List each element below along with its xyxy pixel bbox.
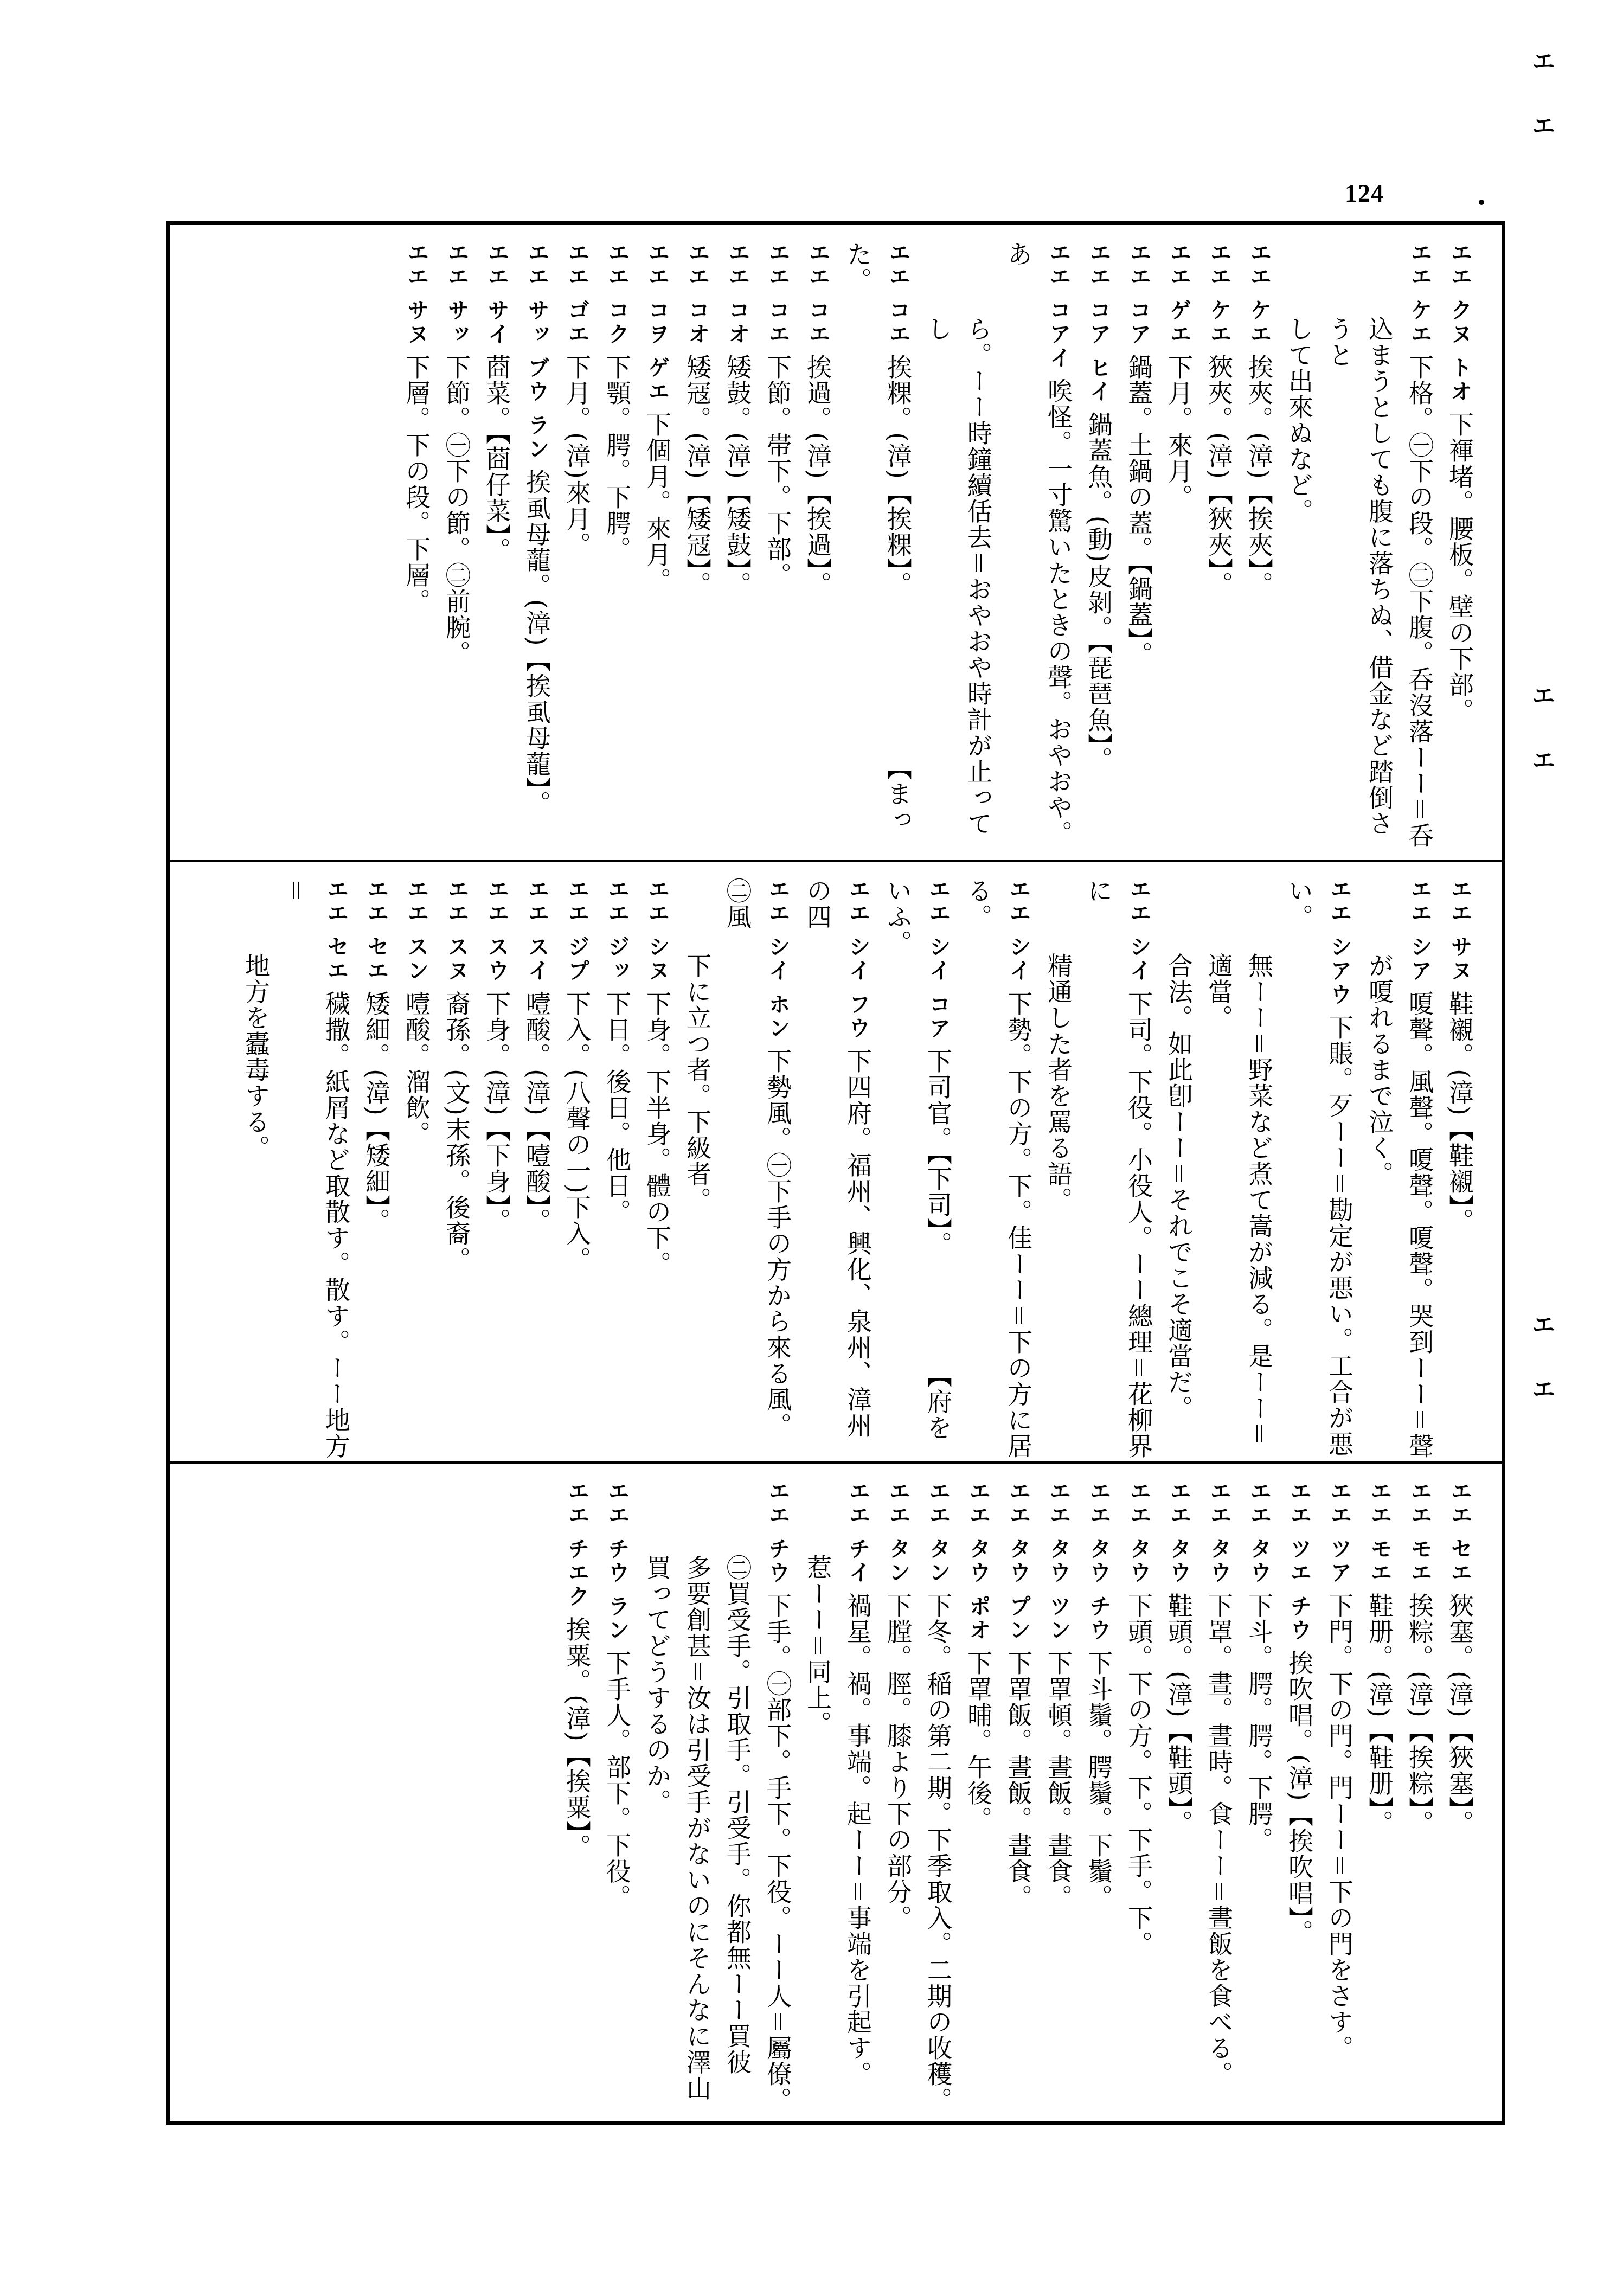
dictionary-entry: エエ コオ矮冦。(漳)【矮冦】。 (677, 241, 717, 860)
entry-headword-reading: エエ コヲ ゲエ (645, 241, 670, 404)
entry-definition: 下罩晡。午後。 (964, 1650, 993, 1832)
entry-definition: 下身。下半身。體の下。 (643, 991, 672, 1277)
entry-definition: 挨夾。(漳)【挨夾】。 (1244, 354, 1274, 598)
entry-headword-reading: エエ タウ ポオ (966, 1480, 991, 1643)
entry-headword-reading: エエ ツエ チウ (1287, 1480, 1312, 1643)
dictionary-entry: エエ シア嗄聲。風聲。嗄聲。嗄聲。哭到ーー＝聲 (1400, 878, 1440, 1461)
dictionary-entry: エエ ゲエ下月。來月。 (1159, 241, 1199, 860)
dictionary-entry: エエ セエ狹塞。(漳)【狹塞】。 (1440, 1480, 1480, 2121)
entry-definition: 下罩頓。晝飯。晝食。 (1044, 1650, 1073, 1910)
dictionary-entry: エエ スウ下身。(漳)【下身】。 (477, 878, 517, 1461)
entry-definition: 下斗鬚。腭鬚。下鬚。 (1084, 1650, 1113, 1910)
entry-definition: 下格。㊀下の段。㊁下腹。呑沒落ーー＝呑 (1405, 354, 1434, 849)
dictionary-entry: エエ チエク挨粟。(漳)【挨粟】。 (557, 1480, 597, 2121)
entry-definition: 下門。下の門。門ーー＝下の門をさす。 (1325, 1593, 1354, 2061)
entry-definition: 矮細。(漳)【矮細】。 (362, 991, 391, 1234)
entry-definition: 挨粽。(漳)【挨粽】。 (1405, 1593, 1434, 1836)
entry-definition: 込まうとしても腹に落ちぬ、借金など踏倒さうと (1325, 316, 1394, 837)
entry-headword-reading: エエ サヌ (404, 241, 429, 347)
entry-headword-reading: エエ サッ (444, 241, 469, 347)
dictionary-entry: エエ サヌ下層。下の段。下層。 (396, 241, 437, 860)
entry-headword-reading: エエ タウ ツン (1046, 1480, 1071, 1643)
dictionary-entry: エエ シイ コア下司官。【下司】。 【府をいふ。 (878, 878, 958, 1461)
entry-headword-reading: エエ シイ (1126, 878, 1151, 983)
entry-headword-reading: エエ セエ (1447, 1480, 1472, 1585)
entry-definition: 下膛。脛。膝より下の部分。 (883, 1593, 913, 1931)
entry-headword-reading: エエ スウ (484, 878, 509, 983)
entry-continuation: 多要創甚＝汝は引受手がないのにそんなに澤山 (677, 1480, 717, 2121)
entry-headword-reading: エエ ケエ (1207, 241, 1231, 347)
entry-continuation: 地方を蠹毒する。 (236, 878, 276, 1461)
dictionary-entry: エエ クヌ トオ下褌堵。腰板。壁の下部。 (1440, 241, 1480, 860)
entry-headword-reading: エエ コア ヒイ (1086, 241, 1111, 404)
entry-definition: 下節。帯下。下部。 (763, 354, 792, 588)
entry-headword-reading: エエ ケエ (1407, 241, 1432, 347)
dictionary-entry: エエ サヌ鞋襯。(漳)【鞋襯】。 (1440, 878, 1480, 1461)
entry-headword-reading: エエ セエ (364, 878, 389, 983)
entry-definition: 多要創甚＝汝は引受手がないのにそんなに澤山 (683, 1555, 712, 2101)
entry-continuation: 無ーー＝野菜など煮て嵩が減る。是ーー＝適當。 (1199, 878, 1279, 1461)
entry-headword-reading: エエ タウ プン (1006, 1480, 1031, 1643)
entry-headword-reading: エエ タウ チウ (1086, 1480, 1111, 1643)
dictionary-entry: エエ シヌ下身。下半身。體の下。 (637, 878, 677, 1461)
dictionary-entry: エエ コア鍋蓋。土鍋の蓋。【鍋蓋】。 (1119, 241, 1159, 860)
entry-definition: 下罩飯。晝飯。晝食。 (1004, 1650, 1033, 1910)
entry-definition: 矮鼓。(漳)【矮鼓】。 (723, 354, 752, 598)
entry-definition: 鍋蓋。土鍋の蓋。【鍋蓋】。 (1124, 354, 1153, 668)
entry-headword-reading: エエ コオ (685, 241, 710, 347)
dictionary-entry: エエ ツエ チウ挨吹唱。(漳)【挨吹唱】。 (1279, 1480, 1319, 2121)
entry-definition: 下身。(漳)【下身】。 (482, 991, 511, 1234)
entry-definition: 裔孫。(文)末孫。後裔。 (442, 991, 471, 1273)
entry-definition: 噎酸。(漳)【噎酸】。 (522, 991, 551, 1234)
entry-definition: 矮冦。(漳)【矮冦】。 (683, 354, 712, 598)
entry-continuation: 合法。如此卽ーー＝それでこそ適當だ。 (1159, 878, 1199, 1461)
entry-list: エエ クヌ トオ下褌堵。腰板。壁の下部。エエ ケエ下格。㊀下の段。㊁下腹。呑沒落… (396, 241, 1480, 860)
entry-definition: 噎酸。溜飲。 (402, 991, 431, 1147)
entry-headword-reading: エエ シイ フウ (845, 878, 870, 1041)
dictionary-entry: エエ シイ ホン下勢風。㊀下手の方から來る風。㊁風 (717, 878, 798, 1461)
entry-definition: が嗄れるまで泣く。 (1365, 953, 1394, 1187)
entry-list: エエ サヌ鞋襯。(漳)【鞋襯】。エエ シア嗄聲。風聲。嗄聲。嗄聲。哭到ーー＝聲が… (236, 878, 1480, 1461)
dictionary-entry: エエ チウ ラン下手人。部下。下役。 (597, 1480, 637, 2121)
entry-definition: 下顎。腭。下腭。 (602, 354, 632, 562)
entry-list: エエ セエ狹塞。(漳)【狹塞】。エエ モエ挨粽。(漳)【挨粽】。エエ モエ鞋册。… (557, 1480, 1480, 2121)
entry-headword-reading: エエ サイ (484, 241, 509, 347)
entry-continuation: ㊁買受手。引取手。引受手。你都無ーー買彼 (717, 1480, 758, 2121)
dictionary-entry: エエ タン下冬。稲の第二期。下季取入。二期の收穫。 (918, 1480, 958, 2121)
entry-headword-reading: エエ スイ (524, 878, 549, 983)
dictionary-entry: エエ シイ下司。下役。小役人。ーー總理＝花柳界に (1079, 878, 1159, 1461)
entry-definition: 鞋襯。(漳)【鞋襯】。 (1445, 991, 1474, 1234)
entry-headword-reading: エエ ジッ (605, 878, 630, 983)
entry-definition: 狹夾。(漳)【狹夾】。 (1204, 354, 1234, 598)
dictionary-entry: エエ サッ ブウ ラン挨虱母蘢。(漳)【挨虱母蘢】。 (517, 241, 557, 860)
band-bottom: エエ セエ狹塞。(漳)【狹塞】。エエ モエ挨粽。(漳)【挨粽】。エエ モエ鞋册。… (170, 1461, 1502, 2121)
entry-headword-reading: エエ シアウ (1327, 878, 1352, 1007)
entry-headword-reading: エエ シイ (1006, 878, 1031, 983)
entry-definition: 下斗。腭。腭。下腭。 (1244, 1593, 1274, 1853)
entry-continuation: 買ってどうするのか。 (637, 1480, 677, 2121)
section-head-middle: エ エ (1529, 683, 1553, 788)
entry-definition: 鞋册。(漳)【鞋册】。 (1365, 1593, 1394, 1836)
entry-definition: 買ってどうするのか。 (643, 1555, 672, 1815)
section-head-bottom: エ エ (1529, 1312, 1553, 1417)
entry-definition: して出來ぬなど。 (1285, 316, 1314, 524)
entry-definition: 下罩。晝。晝時。食ーー＝晝飯を食べる。 (1204, 1593, 1234, 2087)
entry-headword-reading: エエ コエ (765, 241, 790, 347)
dictionary-entry: エエ コアイ唉怪。一寸驚いたときの聲。おやおや。あ (998, 241, 1079, 860)
entry-definition: 挨吹唱。(漳)【挨吹唱】。 (1285, 1650, 1314, 1946)
dictionary-entry: エエ タウ ポオ下罩晡。午後。 (958, 1480, 998, 2121)
entry-continuation: 惹ーー＝同上。 (798, 1480, 838, 2121)
dictionary-entry: エエ チウ下手。㊀部下。手下。下役。ーー人＝屬僚。 (758, 1480, 798, 2121)
entry-definition: 下層。下の段。下層。 (402, 354, 431, 614)
dictionary-entry: エエ タウ鞋頭。(漳)【鞋頭】。 (1159, 1480, 1199, 2121)
dictionary-entry: エエ タウ下斗。腭。腭。下腭。 (1239, 1480, 1279, 2121)
dictionary-entry: エエ ケエ狹夾。(漳)【狹夾】。 (1199, 241, 1239, 860)
entry-definition: 嗄聲。風聲。嗄聲。嗄聲。哭到ーー＝聲 (1405, 991, 1434, 1459)
dictionary-entry: エエ モエ鞋册。(漳)【鞋册】。 (1359, 1480, 1400, 2121)
entry-definition: 下日。後日。他日。 (602, 991, 632, 1225)
dictionary-entry: エエ コク下顎。腭。下腭。 (597, 241, 637, 860)
entry-headword-reading: エエ コオ (725, 241, 750, 347)
entry-headword-reading: エエ チエク (564, 1480, 589, 1609)
entry-headword-reading: エエ ジプ (564, 878, 589, 983)
dictionary-entry: エエ ケエ下格。㊀下の段。㊁下腹。呑沒落ーー＝呑 (1400, 241, 1440, 860)
entry-definition: 下入。(八聲の一)下入。 (562, 991, 592, 1273)
dictionary-entry: エエ ゴエ下月。(漳)來月。 (557, 241, 597, 860)
dictionary-entry: エエ サイ莔菜。【莔仔菜】。 (477, 241, 517, 860)
entry-headword-reading: エエ チウ (765, 1480, 790, 1585)
entry-headword-reading: エエ コア (1126, 241, 1151, 347)
page-number: 124 (1345, 179, 1384, 208)
entry-continuation: 込まうとしても腹に落ちぬ、借金など踏倒さうと (1319, 241, 1400, 860)
entry-definition: 地方を蠹毒する。 (241, 953, 271, 1161)
dictionary-entry: エエ ジッ下日。後日。他日。 (597, 878, 637, 1461)
entry-definition: 精通した者を罵る語。 (1044, 953, 1073, 1213)
dictionary-entry: エエ タウ プン下罩飯。晝飯。晝食。 (998, 1480, 1038, 2121)
dictionary-entry: エエ スイ噎酸。(漳)【噎酸】。 (517, 878, 557, 1461)
entry-definition: 下月。(漳)來月。 (562, 354, 592, 558)
entry-headword-reading: エエ ゲエ (1166, 241, 1191, 347)
dictionary-entry: エエ コヲ ゲエ下個月。來月。 (637, 241, 677, 860)
entry-definition: 下節。㊀下の節。㊁前腕。 (442, 354, 471, 666)
entry-continuation: して出來ぬなど。 (1279, 241, 1319, 860)
entry-headword-reading: エエ ゴエ (564, 241, 589, 347)
entry-definition: 下個月。來月。 (643, 412, 672, 594)
entry-headword-reading: エエ シヌ (645, 878, 670, 983)
entry-headword-reading: エエ タン (926, 1480, 951, 1585)
dictionary-entry: エエ セエ穢撒。紙屑など取散す。散す。ーー地方＝ (276, 878, 356, 1461)
entry-definition: ㊁買受手。引取手。引受手。你都無ーー買彼 (723, 1555, 752, 2075)
band-middle: エエ サヌ鞋襯。(漳)【鞋襯】。エエ シア嗄聲。風聲。嗄聲。嗄聲。哭到ーー＝聲が… (170, 860, 1502, 1461)
entry-headword-reading: エエ サッ ブウ ラン (524, 241, 549, 461)
dictionary-entry: エエ サッ下節。㊀下の節。㊁前腕。 (437, 241, 477, 860)
entry-headword-reading: エエ スン (404, 878, 429, 983)
dictionary-entry: エエ コア ヒイ鍋蓋魚。(動)皮剝。【琵琶魚】。 (1079, 241, 1119, 860)
dictionary-entry: エエ タウ下罩。晝。晝時。食ーー＝晝飯を食べる。 (1199, 1480, 1239, 2121)
dictionary-entry: エエ コオ矮鼓。(漳)【矮鼓】。 (717, 241, 758, 860)
dictionary-entry: エエ スヌ裔孫。(文)末孫。後裔。 (437, 878, 477, 1461)
entry-headword-reading: エエ タウ (1247, 1480, 1272, 1585)
section-head-top: エ エ (1529, 49, 1553, 153)
dictionary-entry: エエ タウ ツン下罩頓。晝飯。晝食。 (1038, 1480, 1079, 2121)
entry-headword-reading: エエ チイ (845, 1480, 870, 1585)
entry-definition: 鍋蓋魚。(動)皮剝。【琵琶魚】。 (1084, 412, 1113, 773)
entry-headword-reading: エエ モエ (1367, 1480, 1392, 1585)
dictionary-entry: エエ タウ下頭。下の方。下。下手。下。 (1119, 1480, 1159, 2121)
entry-definition: 挨粟。(漳)【挨粟】。 (562, 1617, 592, 1860)
dictionary-entry: エエ ジプ下入。(八聲の一)下入。 (557, 878, 597, 1461)
entry-continuation: ら。ーー時鐘續佸去＝おやおや時計が止ってし (918, 241, 998, 860)
entry-definition: 挨虱母蘢。(漳)【挨虱母蘢】。 (522, 469, 551, 817)
dictionary-entry: エエ コエ下節。帯下。下部。 (758, 241, 798, 860)
entry-definition: 合法。如此卽ーー＝それでこそ適當だ。 (1164, 953, 1194, 1421)
entry-headword-reading: エエ シイ コア (926, 878, 951, 1041)
entry-continuation: 精通した者を罵る語。 (1038, 878, 1079, 1461)
page-frame: エエ クヌ トオ下褌堵。腰板。壁の下部。エエ ケエ下格。㊀下の段。㊁下腹。呑沒落… (166, 221, 1505, 2125)
entry-headword-reading: エエ コエ (805, 241, 830, 347)
entry-definition: 下冬。稲の第二期。下季取入。二期の收穫。 (923, 1593, 953, 2113)
entry-headword-reading: エエ ツア (1327, 1480, 1352, 1585)
dictionary-entry: エエ シアウ下賬。歹ーー＝勘定が悪い。工合が悪い。 (1279, 878, 1359, 1461)
dictionary-entry: エエ セエ矮細。(漳)【矮細】。 (356, 878, 396, 1461)
entry-headword-reading: エエ サヌ (1447, 878, 1472, 983)
entry-headword-reading: エエ コアイ (1046, 241, 1071, 370)
entry-definition: 狹塞。(漳)【狹塞】。 (1445, 1593, 1474, 1836)
entry-headword-reading: エエ チウ ラン (605, 1480, 630, 1643)
entry-definition: 下手人。部下。下役。 (602, 1650, 632, 1910)
entry-headword-reading: エエ ケエ (1247, 241, 1272, 347)
entry-headword-reading: エエ タウ (1207, 1480, 1231, 1585)
entry-definition: 下褌堵。腰板。壁の下部。 (1445, 412, 1474, 724)
entry-definition: 挨過。(漳)【挨過】。 (803, 354, 832, 598)
entry-headword-reading: エエ クヌ トオ (1447, 241, 1472, 404)
dictionary-entry: エエ タン下膛。脛。膝より下の部分。 (878, 1480, 918, 2121)
entry-headword-reading: エエ セエ (324, 878, 349, 983)
dictionary-entry: エエ タウ チウ下斗鬚。腭鬚。下鬚。 (1079, 1480, 1119, 2121)
entry-continuation: 下に立つ者。下級者。 (677, 878, 717, 1461)
dictionary-entry: エエ シイ フウ下四府。福州、興化、泉州、漳州の四 (798, 878, 878, 1461)
entry-headword-reading: エエ シイ ホン (765, 878, 790, 1041)
dictionary-entry: エエ モエ挨粽。(漳)【挨粽】。 (1400, 1480, 1440, 2121)
dictionary-entry: エエ コエ挨過。(漳)【挨過】。 (798, 241, 838, 860)
entry-headword-reading: エエ コク (605, 241, 630, 347)
entry-headword-reading: エエ コエ (886, 241, 910, 347)
entry-headword-reading: エエ シア (1407, 878, 1432, 983)
entry-definition: 下に立つ者。下級者。 (683, 953, 712, 1213)
scan-speck (1479, 200, 1484, 205)
entry-headword-reading: エエ スヌ (444, 878, 469, 983)
dictionary-entry: エエ チイ禍星。禍。事端。起ーー＝事端を引起す。 (838, 1480, 878, 2121)
entry-headword-reading: エエ モエ (1407, 1480, 1432, 1585)
dictionary-entry: エエ シイ下勢。下の方。下。佳ーー＝下の方に居る。 (958, 878, 1038, 1461)
entry-definition: 無ーー＝野菜など煮て嵩が減る。是ーー＝適當。 (1204, 953, 1274, 1447)
entry-definition: 鞋頭。(漳)【鞋頭】。 (1164, 1593, 1194, 1836)
entry-headword-reading: エエ タン (886, 1480, 910, 1585)
dictionary-entry: エエ ツア下門。下の門。門ーー＝下の門をさす。 (1319, 1480, 1359, 2121)
entry-definition: 下月。來月。 (1164, 354, 1194, 510)
entry-continuation: が嗄れるまで泣く。 (1359, 878, 1400, 1461)
entry-definition: ら。ーー時鐘續佸去＝おやおや時計が止ってし (923, 316, 993, 837)
dictionary-entry: エエ コエ挨粿。(漳)【挨粿】。 【まった。 (838, 241, 918, 860)
dictionary-entry: エエ ケエ挨夾。(漳)【挨夾】。 (1239, 241, 1279, 860)
entry-definition: 惹ーー＝同上。 (803, 1555, 832, 1737)
entry-definition: 下頭。下の方。下。下手。下。 (1124, 1593, 1153, 1957)
entry-definition: 莔菜。【莔仔菜】。 (482, 354, 511, 563)
entry-headword-reading: エエ タウ (1126, 1480, 1151, 1585)
band-top: エエ クヌ トオ下褌堵。腰板。壁の下部。エエ ケエ下格。㊀下の段。㊁下腹。呑沒落… (170, 225, 1502, 860)
entry-definition: 禍星。禍。事端。起ーー＝事端を引起す。 (843, 1593, 873, 2087)
entry-definition: 下手。㊀部下。手下。下役。ーー人＝屬僚。 (763, 1593, 792, 2113)
entry-headword-reading: エエ タウ (1166, 1480, 1191, 1585)
dictionary-entry: エエ スン噎酸。溜飲。 (396, 878, 437, 1461)
